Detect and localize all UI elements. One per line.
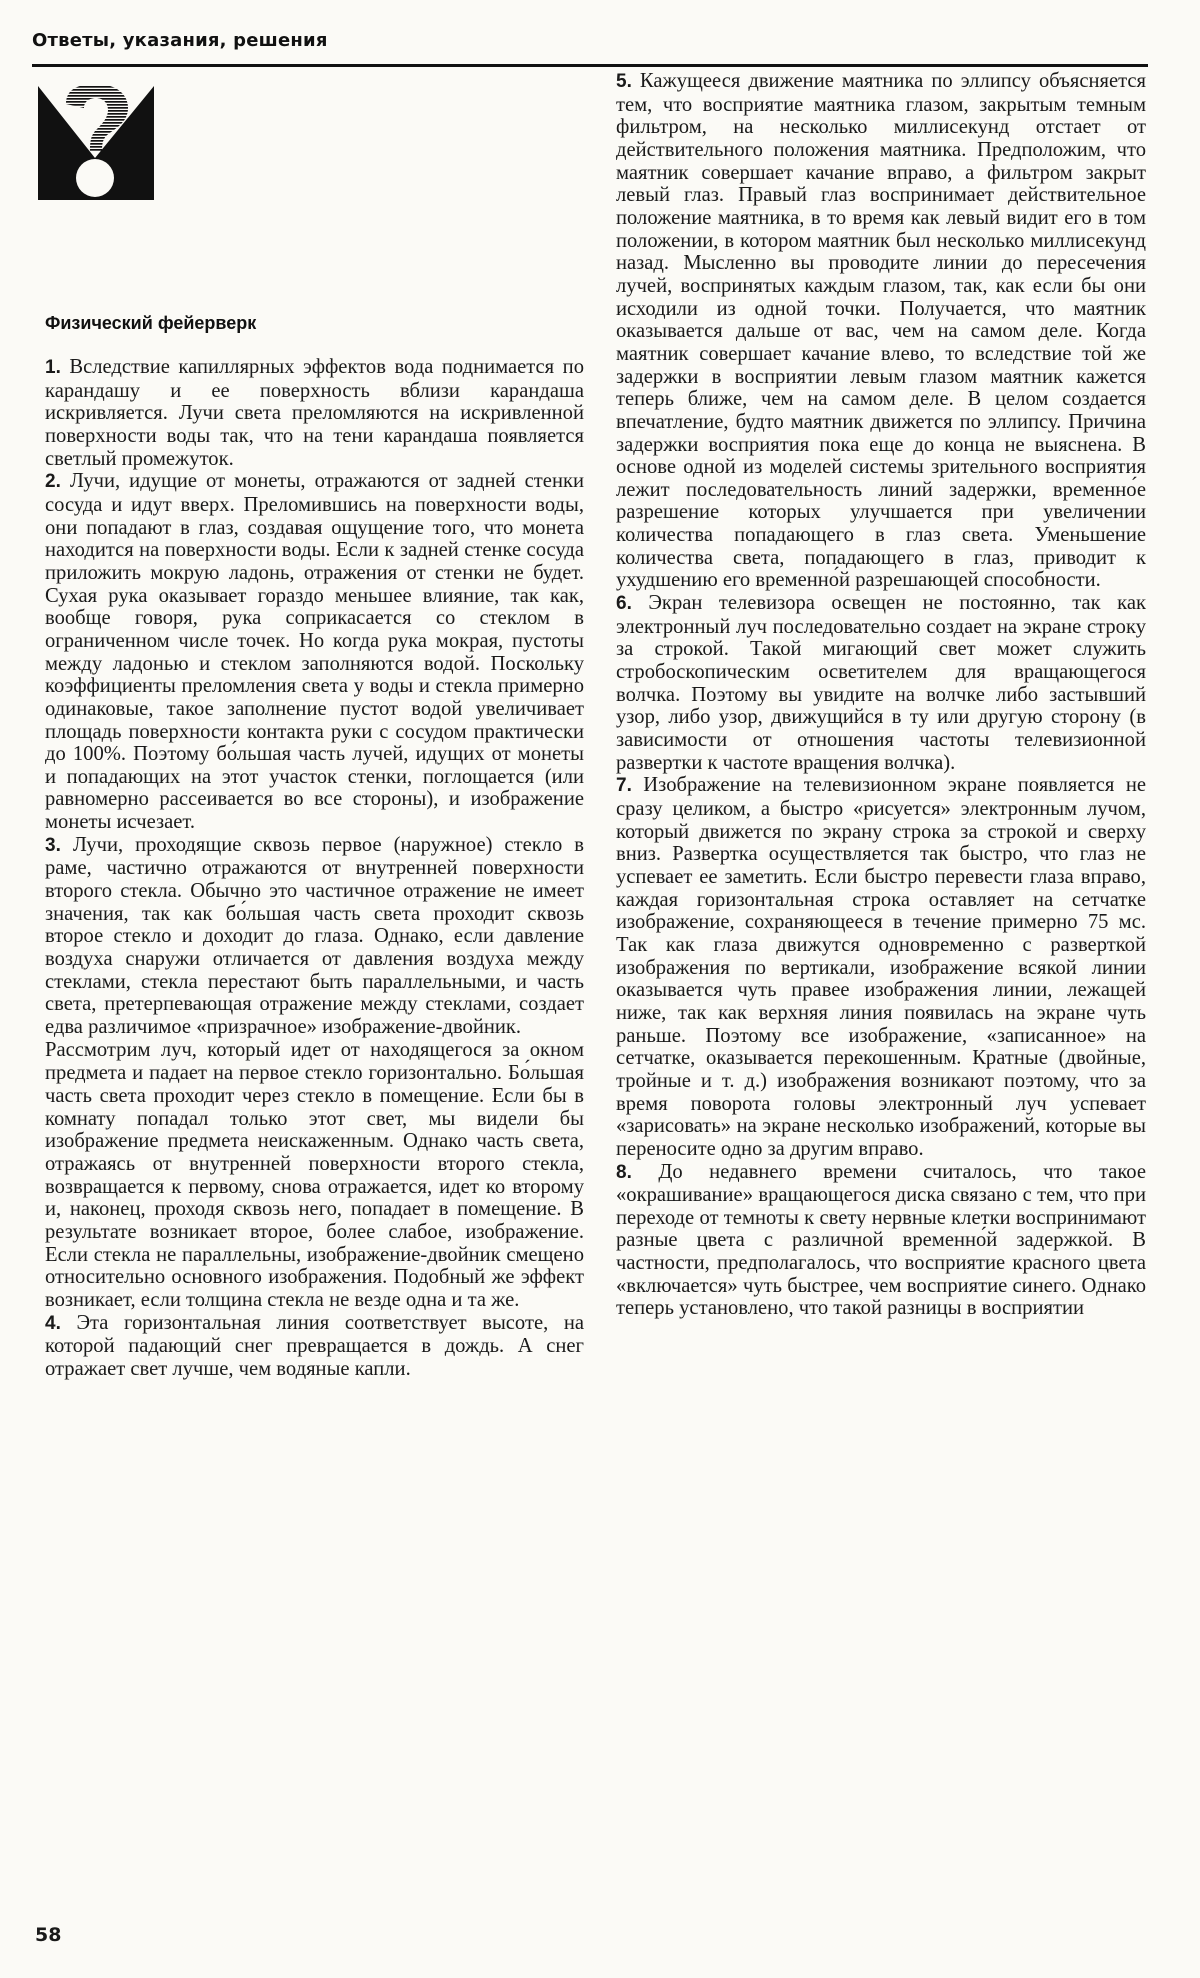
answer-1: 1. Вследствие капиллярных эффектов вода …	[45, 356, 584, 470]
answer-text: Эта горизонтальная линия соответствует в…	[45, 1312, 584, 1380]
answer-text: До недавнего времени считалось, что тако…	[616, 1161, 1146, 1320]
answer-number: 7.	[616, 775, 632, 796]
answer-number: 2.	[45, 471, 61, 492]
header-rule	[32, 64, 1148, 67]
section-title: Физический фейерверк	[45, 313, 256, 334]
answer-4: 4. Эта горизонтальная линия соответствуе…	[45, 1312, 584, 1381]
answer-text: Рассмотрим луч, который идет от находяще…	[45, 1039, 584, 1311]
answer-7: 7. Изображение на телевизионном экране п…	[616, 774, 1146, 1160]
answer-text: Изображение на телевизионном экране появ…	[616, 774, 1146, 1160]
answer-6: 6. Экран телевизора освещен не постоянно…	[616, 592, 1146, 774]
right-column: 5. Кажущееся движение маятника по эллипс…	[616, 70, 1146, 1320]
answer-text: Лучи, проходящие сквозь первое (наружное…	[45, 834, 584, 1038]
answer-3: 3. Лучи, проходящие сквозь первое (наруж…	[45, 834, 584, 1039]
answer-number: 3.	[45, 835, 61, 856]
answer-5: 5. Кажущееся движение маятника по эллипс…	[616, 70, 1146, 592]
answer-2: 2. Лучи, идущие от монеты, отражаются от…	[45, 470, 584, 834]
answer-text: Кажущееся движение маятника по эллипсу о…	[616, 70, 1146, 591]
answer-text: Лучи, идущие от монеты, отражаются от за…	[45, 470, 584, 833]
answer-number: 5.	[616, 71, 632, 92]
answer-text: Экран телевизора освещен не постоянно, т…	[616, 592, 1146, 774]
answer-number: 8.	[616, 1162, 632, 1183]
answer-number: 4.	[45, 1313, 61, 1334]
answer-8: 8. До недавнего времени считалось, что т…	[616, 1161, 1146, 1321]
answer-text: Вследствие капиллярных эффектов вода под…	[45, 356, 584, 470]
left-column: 1. Вследствие капиллярных эффектов вода …	[45, 356, 584, 1381]
page-number: 58	[35, 1924, 61, 1946]
answer-3-continued: Рассмотрим луч, который идет от находяще…	[45, 1039, 584, 1312]
question-mark-emblem-icon	[38, 86, 154, 200]
answer-number: 6.	[616, 593, 632, 614]
answer-number: 1.	[45, 357, 61, 378]
running-head: Ответы, указания, решения	[32, 30, 328, 51]
